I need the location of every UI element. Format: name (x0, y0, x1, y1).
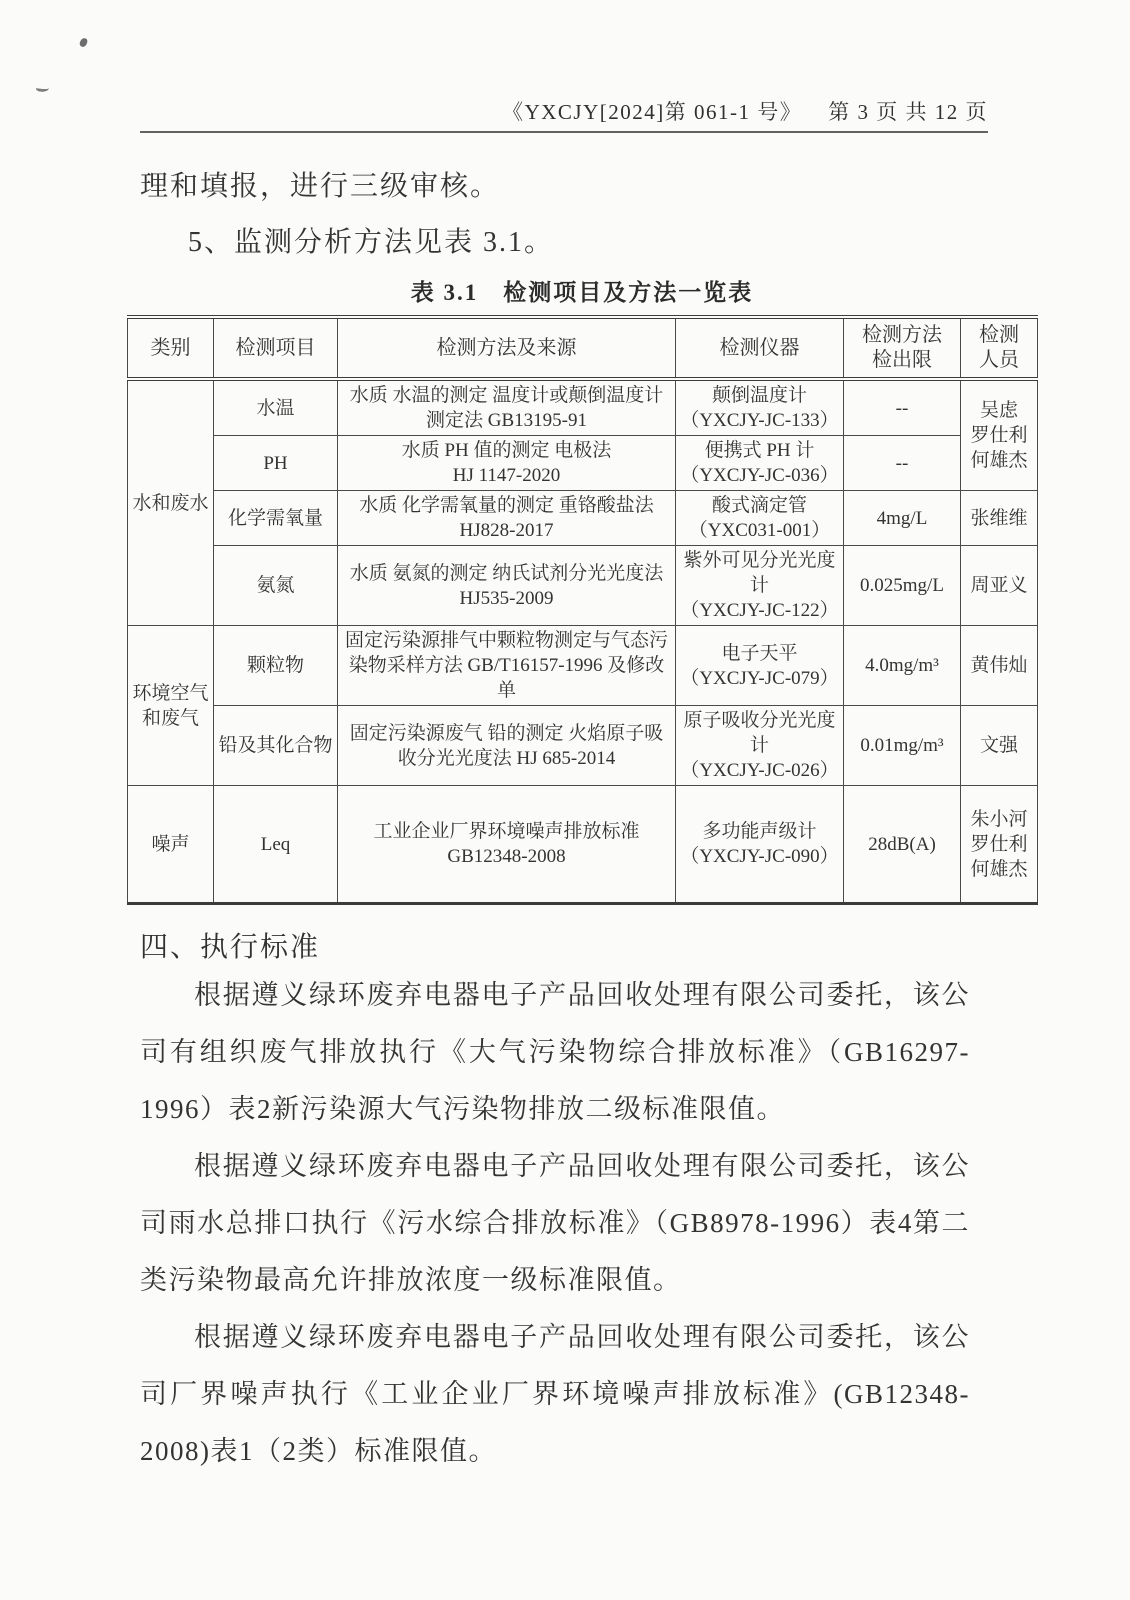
section-paragraph: 根据遵义绿环废弃电器电子产品回收处理有限公司委托，该公司厂界噪声执行《工业企业厂… (140, 1309, 970, 1480)
section-paragraph: 根据遵义绿环废弃电器电子产品回收处理有限公司委托，该公司雨水总排口执行《污水综合… (140, 1138, 970, 1309)
page-number: 第 3 页 共 12 页 (828, 100, 988, 124)
table-row: 铅及其化合物 固定污染源废气 铅的测定 火焰原子吸收分光光度法 HJ 685-2… (128, 706, 1038, 786)
cell-limit: 28dB(A) (844, 786, 961, 904)
cell-method: 水质 PH 值的测定 电极法 HJ 1147-2020 (338, 436, 676, 491)
header-limit: 检测方法 检出限 (844, 317, 961, 379)
page-content: 理和填报，进行三级审核。 5、监测分析方法见表 3.1。 表 3.1 检测项目及… (0, 168, 1130, 1480)
cell-item: PH (214, 436, 338, 491)
section-heading: 四、执行标准 (140, 929, 980, 967)
table-row: 环境空气 和废气 颗粒物 固定污染源排气中颗粒物测定与气态污染物采样方法 GB/… (128, 626, 1038, 706)
cell-personnel: 周亚义 (961, 546, 1038, 626)
header-instrument: 检测仪器 (676, 317, 844, 379)
document-number: 《YXCJY[2024]第 061-1 号》 (502, 100, 802, 124)
cell-instrument: 便携式 PH 计 （YXCJY-JC-036） (676, 436, 844, 491)
cell-limit: 0.025mg/L (844, 546, 961, 626)
cell-item: 铅及其化合物 (214, 706, 338, 786)
page-header: 《YXCJY[2024]第 061-1 号》第 3 页 共 12 页 (140, 96, 988, 126)
document-page: 《YXCJY[2024]第 061-1 号》第 3 页 共 12 页 理和填报，… (0, 0, 1130, 1600)
cell-item: 颗粒物 (214, 626, 338, 706)
cell-instrument: 颠倒温度计 （YXCJY-JC-133） (676, 379, 844, 436)
cell-instrument: 酸式滴定管 （YXC031-001） (676, 491, 844, 546)
table-row: PH 水质 PH 值的测定 电极法 HJ 1147-2020 便携式 PH 计 … (128, 436, 1038, 491)
cell-limit: -- (844, 436, 961, 491)
cell-method: 固定污染源排气中颗粒物测定与气态污染物采样方法 GB/T16157-1996 及… (338, 626, 676, 706)
cell-category: 水和废水 (128, 379, 214, 626)
cell-method: 固定污染源废气 铅的测定 火焰原子吸收分光光度法 HJ 685-2014 (338, 706, 676, 786)
cell-limit: 4.0mg/m³ (844, 626, 961, 706)
intro-line: 5、监测分析方法见表 3.1。 (140, 224, 980, 262)
cell-item: 化学需氧量 (214, 491, 338, 546)
header-personnel: 检测 人员 (961, 317, 1038, 379)
table-row: 水和废水 水温 水质 水温的测定 温度计或颠倒温度计测定法 GB13195-91… (128, 379, 1038, 436)
cell-item: 氨氮 (214, 546, 338, 626)
cell-personnel: 朱小河 罗仕利 何雄杰 (961, 786, 1038, 904)
table-title: 表 3.1 检测项目及方法一览表 (127, 278, 1037, 308)
cell-category: 噪声 (128, 786, 214, 904)
cell-instrument: 多功能声级计 （YXCJY-JC-090） (676, 786, 844, 904)
cell-method: 水质 氨氮的测定 纳氏试剂分光光度法 HJ535-2009 (338, 546, 676, 626)
cell-category: 环境空气 和废气 (128, 626, 214, 786)
methods-table: 类别 检测项目 检测方法及来源 检测仪器 检测方法 检出限 检测 人员 水和废水… (127, 315, 1038, 905)
table-header-row: 类别 检测项目 检测方法及来源 检测仪器 检测方法 检出限 检测 人员 (128, 317, 1038, 379)
header-method: 检测方法及来源 (338, 317, 676, 379)
cell-limit: 4mg/L (844, 491, 961, 546)
header-category: 类别 (128, 317, 214, 379)
cell-method: 工业企业厂界环境噪声排放标准 GB12348-2008 (338, 786, 676, 904)
cell-item: Leq (214, 786, 338, 904)
cell-personnel: 吴虑 罗仕利 何雄杰 (961, 379, 1038, 491)
table-row: 化学需氧量 水质 化学需氧量的测定 重铬酸盐法 HJ828-2017 酸式滴定管… (128, 491, 1038, 546)
header-divider (140, 131, 988, 133)
cell-instrument: 原子吸收分光光度计 （YXCJY-JC-026） (676, 706, 844, 786)
cell-personnel: 黄伟灿 (961, 626, 1038, 706)
cell-method: 水质 化学需氧量的测定 重铬酸盐法 HJ828-2017 (338, 491, 676, 546)
table-row: 氨氮 水质 氨氮的测定 纳氏试剂分光光度法 HJ535-2009 紫外可见分光光… (128, 546, 1038, 626)
section-paragraph: 根据遵义绿环废弃电器电子产品回收处理有限公司委托，该公司有组织废气排放执行《大气… (140, 967, 970, 1138)
cell-instrument: 电子天平 （YXCJY-JC-079） (676, 626, 844, 706)
intro-line: 理和填报，进行三级审核。 (140, 168, 980, 206)
cell-personnel: 张维维 (961, 491, 1038, 546)
ink-speck (79, 37, 88, 48)
table-row: 噪声 Leq 工业企业厂界环境噪声排放标准 GB12348-2008 多功能声级… (128, 786, 1038, 904)
header-item: 检测项目 (214, 317, 338, 379)
cell-limit: 0.01mg/m³ (844, 706, 961, 786)
cell-instrument: 紫外可见分光光度计 （YXCJY-JC-122） (676, 546, 844, 626)
ink-speck (36, 83, 50, 93)
cell-method: 水质 水温的测定 温度计或颠倒温度计测定法 GB13195-91 (338, 379, 676, 436)
cell-item: 水温 (214, 379, 338, 436)
cell-limit: -- (844, 379, 961, 436)
cell-personnel: 文强 (961, 706, 1038, 786)
